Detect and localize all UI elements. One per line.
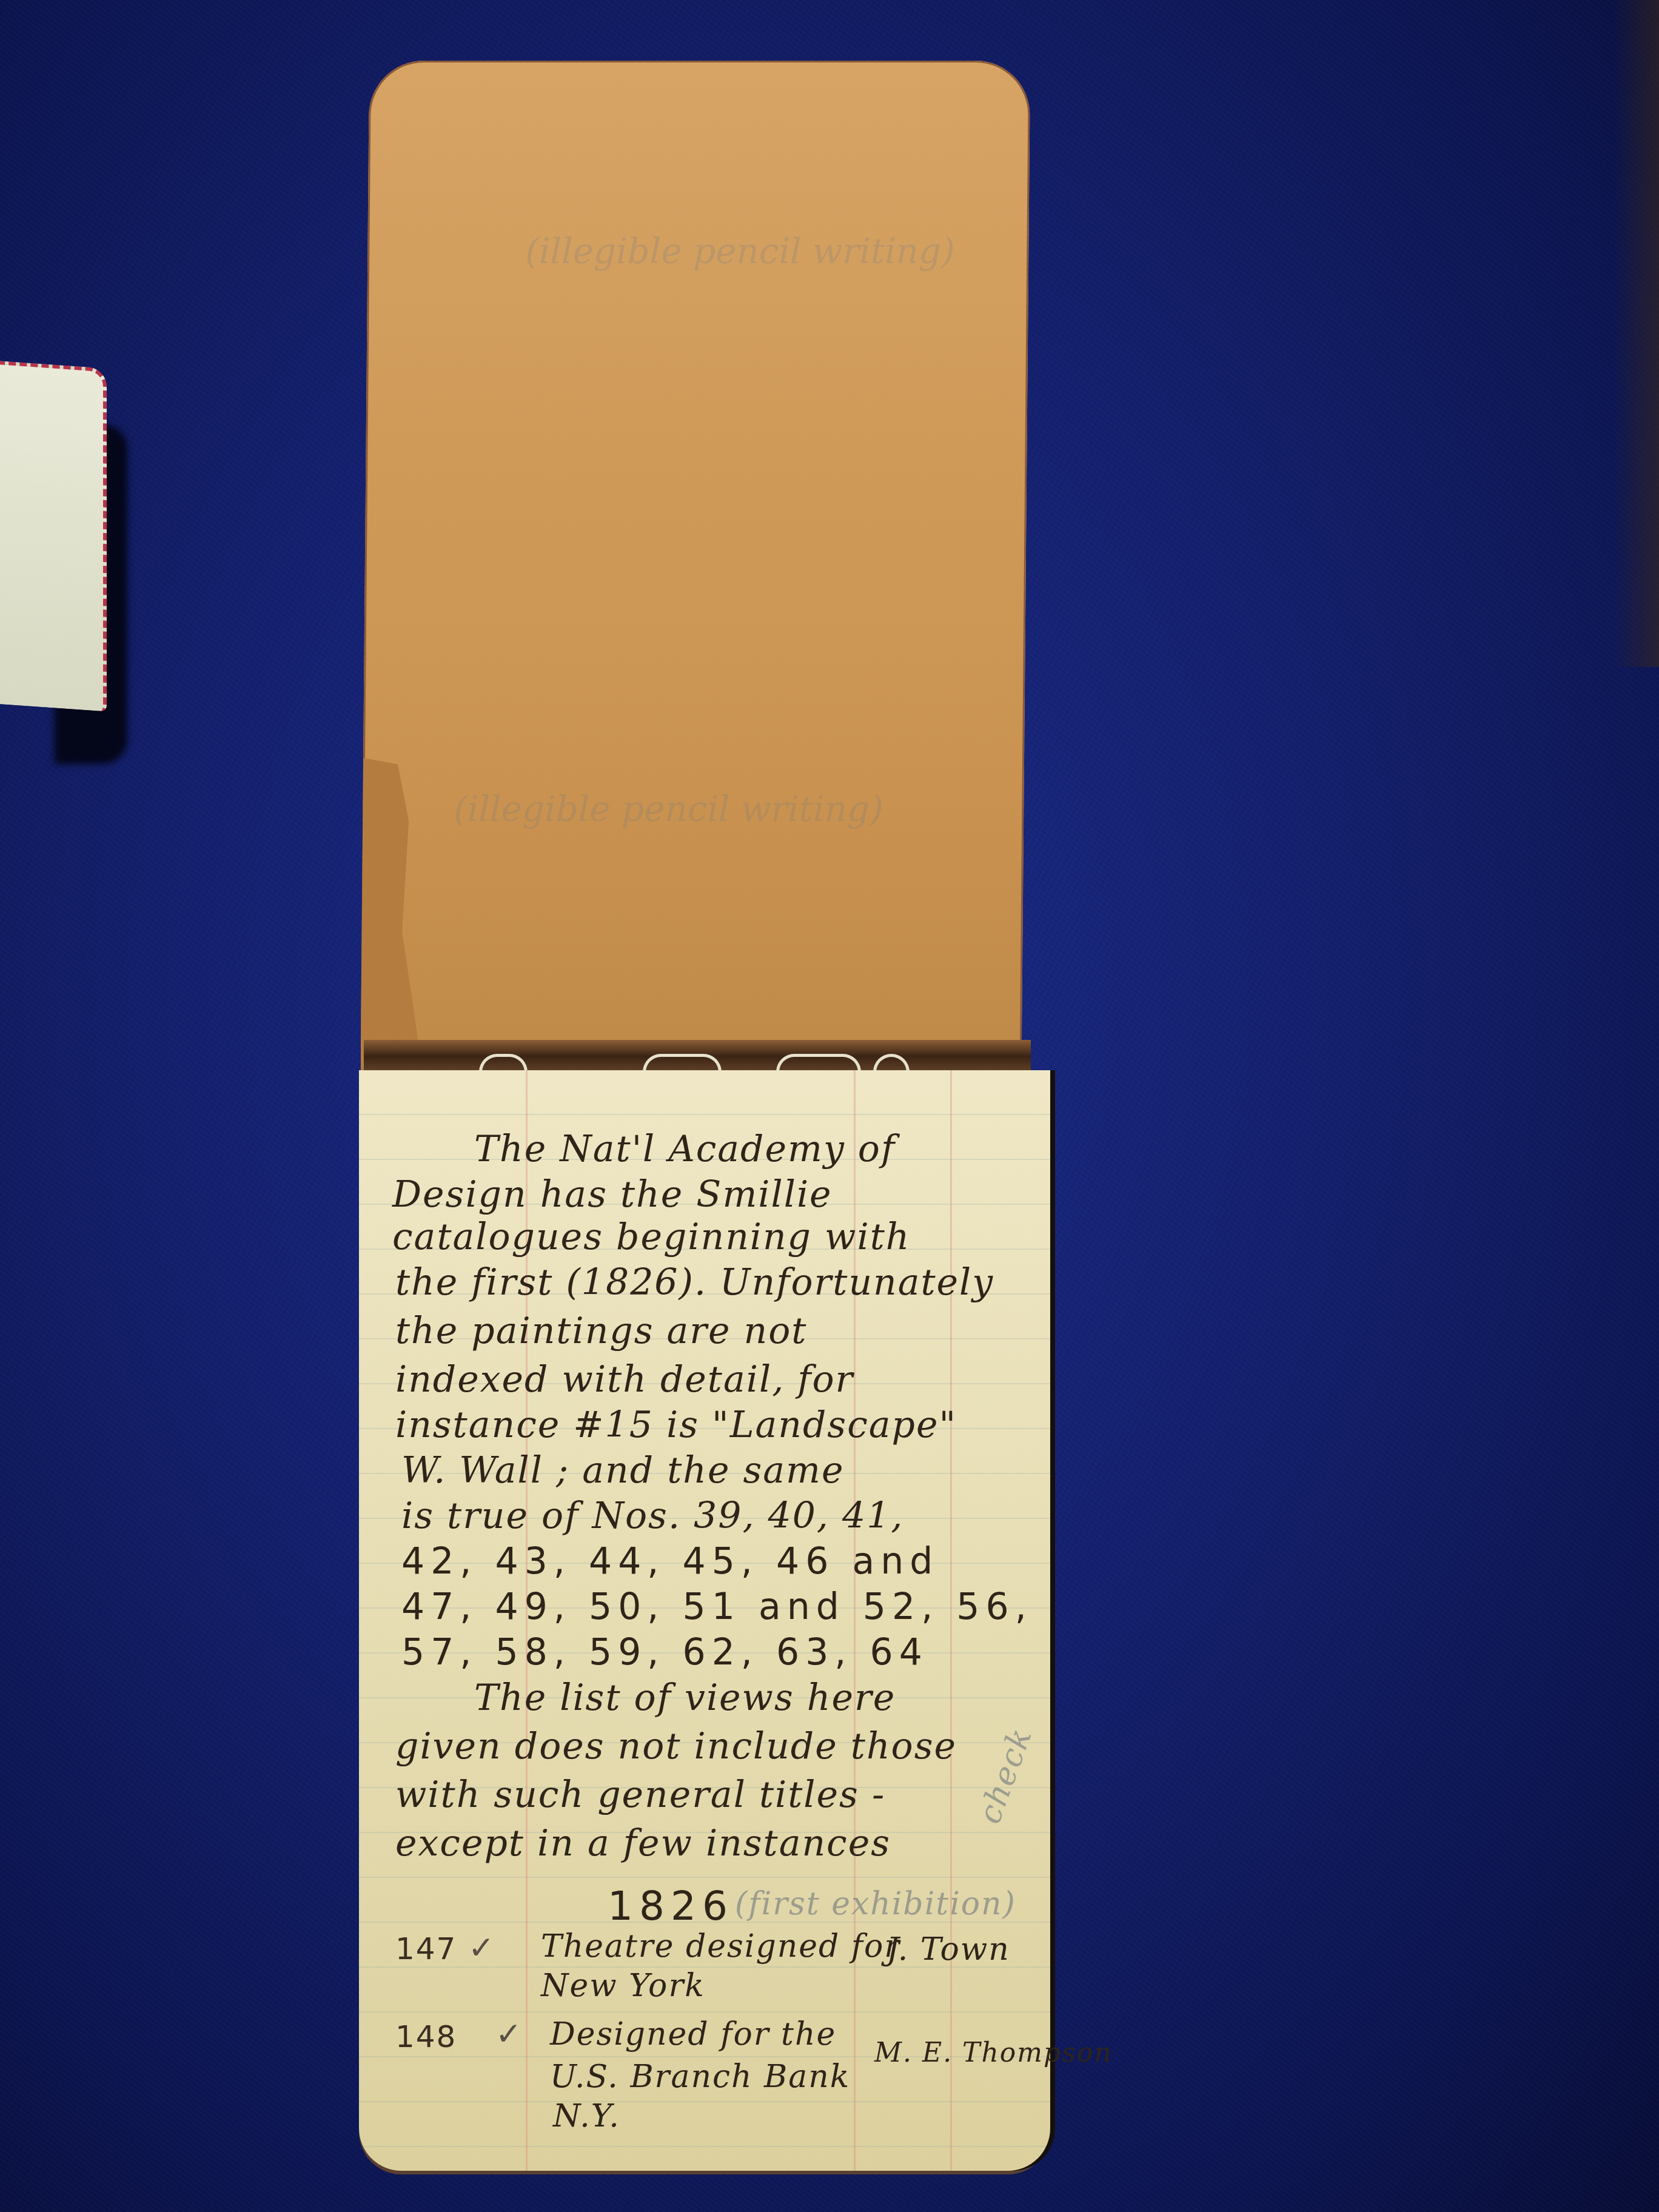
cover-pencil-note: (illegible pencil writing)	[525, 230, 955, 272]
entry-title: N.Y.	[553, 2098, 620, 2134]
entry-artist: J. Town	[886, 1931, 1010, 1968]
check-mark-icon: ✓	[495, 2016, 523, 2053]
cover-pencil-note: (illegible pencil writing)	[454, 788, 883, 829]
text-line: 47, 49, 50, 51 and 52, 56,	[401, 1586, 1033, 1628]
entry-title: New York	[541, 1968, 705, 2004]
text-line: 42, 43, 44, 45, 46 and	[401, 1540, 939, 1583]
text-line: instance #15 is "Landscape"	[395, 1404, 957, 1446]
text-line: The list of views here	[474, 1677, 896, 1719]
text-line: indexed with detail, for	[395, 1358, 854, 1401]
section-year: 1826	[608, 1883, 734, 1929]
entry-title: Designed for the	[550, 2016, 836, 2053]
text-line: catalogues beginning with	[392, 1216, 910, 1258]
notebook-cover: (illegible pencil writing) (illegible pe…	[361, 61, 1030, 1046]
text-line: the paintings are not	[395, 1310, 807, 1352]
notebook-page: The Nat'l Academy of Design has the Smil…	[359, 1070, 1050, 2171]
cover-tear	[361, 758, 421, 1073]
folded-cloth	[0, 359, 107, 711]
margin-pencil-note: check	[971, 1723, 1039, 1829]
entry-number: 147	[395, 1931, 457, 1966]
text-line: given does not include those	[395, 1725, 957, 1768]
text-line: W. Wall ; and the same	[401, 1449, 844, 1492]
entry-title: U.S. Branch Bank	[550, 2059, 850, 2095]
text-line: 57, 58, 59, 62, 63, 64	[401, 1631, 928, 1674]
entry-number: 148	[395, 2019, 457, 2054]
entry-title: Theatre designed for	[541, 1928, 900, 1965]
text-line: is true of Nos. 39, 40, 41,	[401, 1495, 903, 1537]
text-line: Design has the Smillie	[392, 1173, 833, 1216]
check-mark-icon: ✓	[468, 1930, 496, 1966]
text-line: The Nat'l Academy of	[474, 1128, 896, 1170]
section-pencil-note: (first exhibition)	[735, 1886, 1016, 1922]
entry-artist: M. E. Thompson	[874, 2037, 1113, 2068]
text-line: with such general titles -	[395, 1774, 885, 1816]
background-shadow	[1613, 0, 1659, 667]
text-line: the first (1826). Unfortunately	[395, 1261, 994, 1304]
text-line: except in a few instances	[395, 1822, 891, 1865]
